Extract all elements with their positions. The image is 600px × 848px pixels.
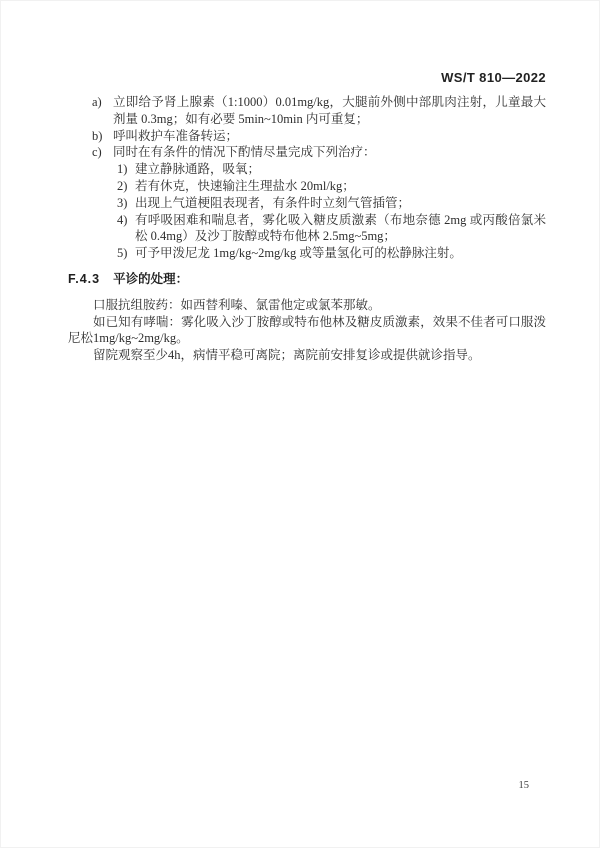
list-item-b: b) 呼叫救护车准备转运；: [68, 128, 546, 145]
list-item-text: 建立静脉通路，吸氧；: [135, 161, 546, 178]
list-item-c: c) 同时在有条件的情况下酌情尽量完成下列治疗：: [68, 144, 546, 161]
numbered-sublist: 1) 建立静脉通路，吸氧； 2) 若有休克，快速输注生理盐水 20ml/kg； …: [68, 161, 546, 262]
list-item-text: 若有休克，快速输注生理盐水 20ml/kg；: [135, 178, 546, 195]
document-page: WS/T 810—2022 a) 立即给予肾上腺素（1:1000）0.01mg/…: [0, 0, 600, 848]
list-marker: 4): [117, 212, 135, 229]
sublist-item-5: 5) 可予甲泼尼龙 1mg/kg~2mg/kg 或等量氢化可的松静脉注射。: [68, 245, 546, 262]
list-marker: c): [92, 144, 113, 161]
clause-number: F.4.3: [68, 272, 100, 286]
sublist-item-2: 2) 若有休克，快速输注生理盐水 20ml/kg；: [68, 178, 546, 195]
paragraph-antihistamine: 口服抗组胺药：如西替利嗪、氯雷他定或氯苯那敏。: [68, 297, 546, 314]
list-marker: 5): [117, 245, 135, 262]
list-item-text: 有呼吸困难和喘息者，雾化吸入糖皮质激素（布地奈德 2mg 或丙酸倍氯米松 0.4…: [135, 212, 546, 246]
paragraph-observation: 留院观察至少4h，病情平稳可离院；离院前安排复诊或提供就诊指导。: [68, 347, 546, 364]
list-item-text: 出现上气道梗阻表现者，有条件时立刻气管插管；: [135, 195, 546, 212]
list-marker: b): [92, 128, 113, 145]
lettered-list: a) 立即给予肾上腺素（1:1000）0.01mg/kg，大腿前外侧中部肌肉注射…: [68, 94, 546, 161]
list-marker: a): [92, 94, 113, 111]
list-item-text: 可予甲泼尼龙 1mg/kg~2mg/kg 或等量氢化可的松静脉注射。: [135, 245, 546, 262]
page-content: a) 立即给予肾上腺素（1:1000）0.01mg/kg，大腿前外侧中部肌肉注射…: [68, 94, 546, 364]
clause-heading: F.4.3平诊的处理：: [68, 271, 546, 288]
list-marker: 1): [117, 161, 135, 178]
paragraph-asthma: 如已知有哮喘：雾化吸入沙丁胺醇或特布他林及糖皮质激素，效果不佳者可口服泼尼松1m…: [68, 314, 546, 348]
list-item-text: 同时在有条件的情况下酌情尽量完成下列治疗：: [113, 144, 546, 161]
sublist-item-3: 3) 出现上气道梗阻表现者，有条件时立刻气管插管；: [68, 195, 546, 212]
sublist-item-1: 1) 建立静脉通路，吸氧；: [68, 161, 546, 178]
list-item-text: 立即给予肾上腺素（1:1000）0.01mg/kg，大腿前外侧中部肌肉注射，儿童…: [113, 94, 546, 128]
page-number: 15: [519, 780, 530, 791]
standard-number-header: WS/T 810—2022: [441, 70, 546, 85]
clause-title: 平诊的处理：: [113, 272, 188, 286]
list-marker: 2): [117, 178, 135, 195]
list-item-a: a) 立即给予肾上腺素（1:1000）0.01mg/kg，大腿前外侧中部肌肉注射…: [68, 94, 546, 128]
sublist-item-4: 4) 有呼吸困难和喘息者，雾化吸入糖皮质激素（布地奈德 2mg 或丙酸倍氯米松 …: [68, 212, 546, 246]
list-marker: 3): [117, 195, 135, 212]
list-item-text: 呼叫救护车准备转运；: [113, 128, 546, 145]
